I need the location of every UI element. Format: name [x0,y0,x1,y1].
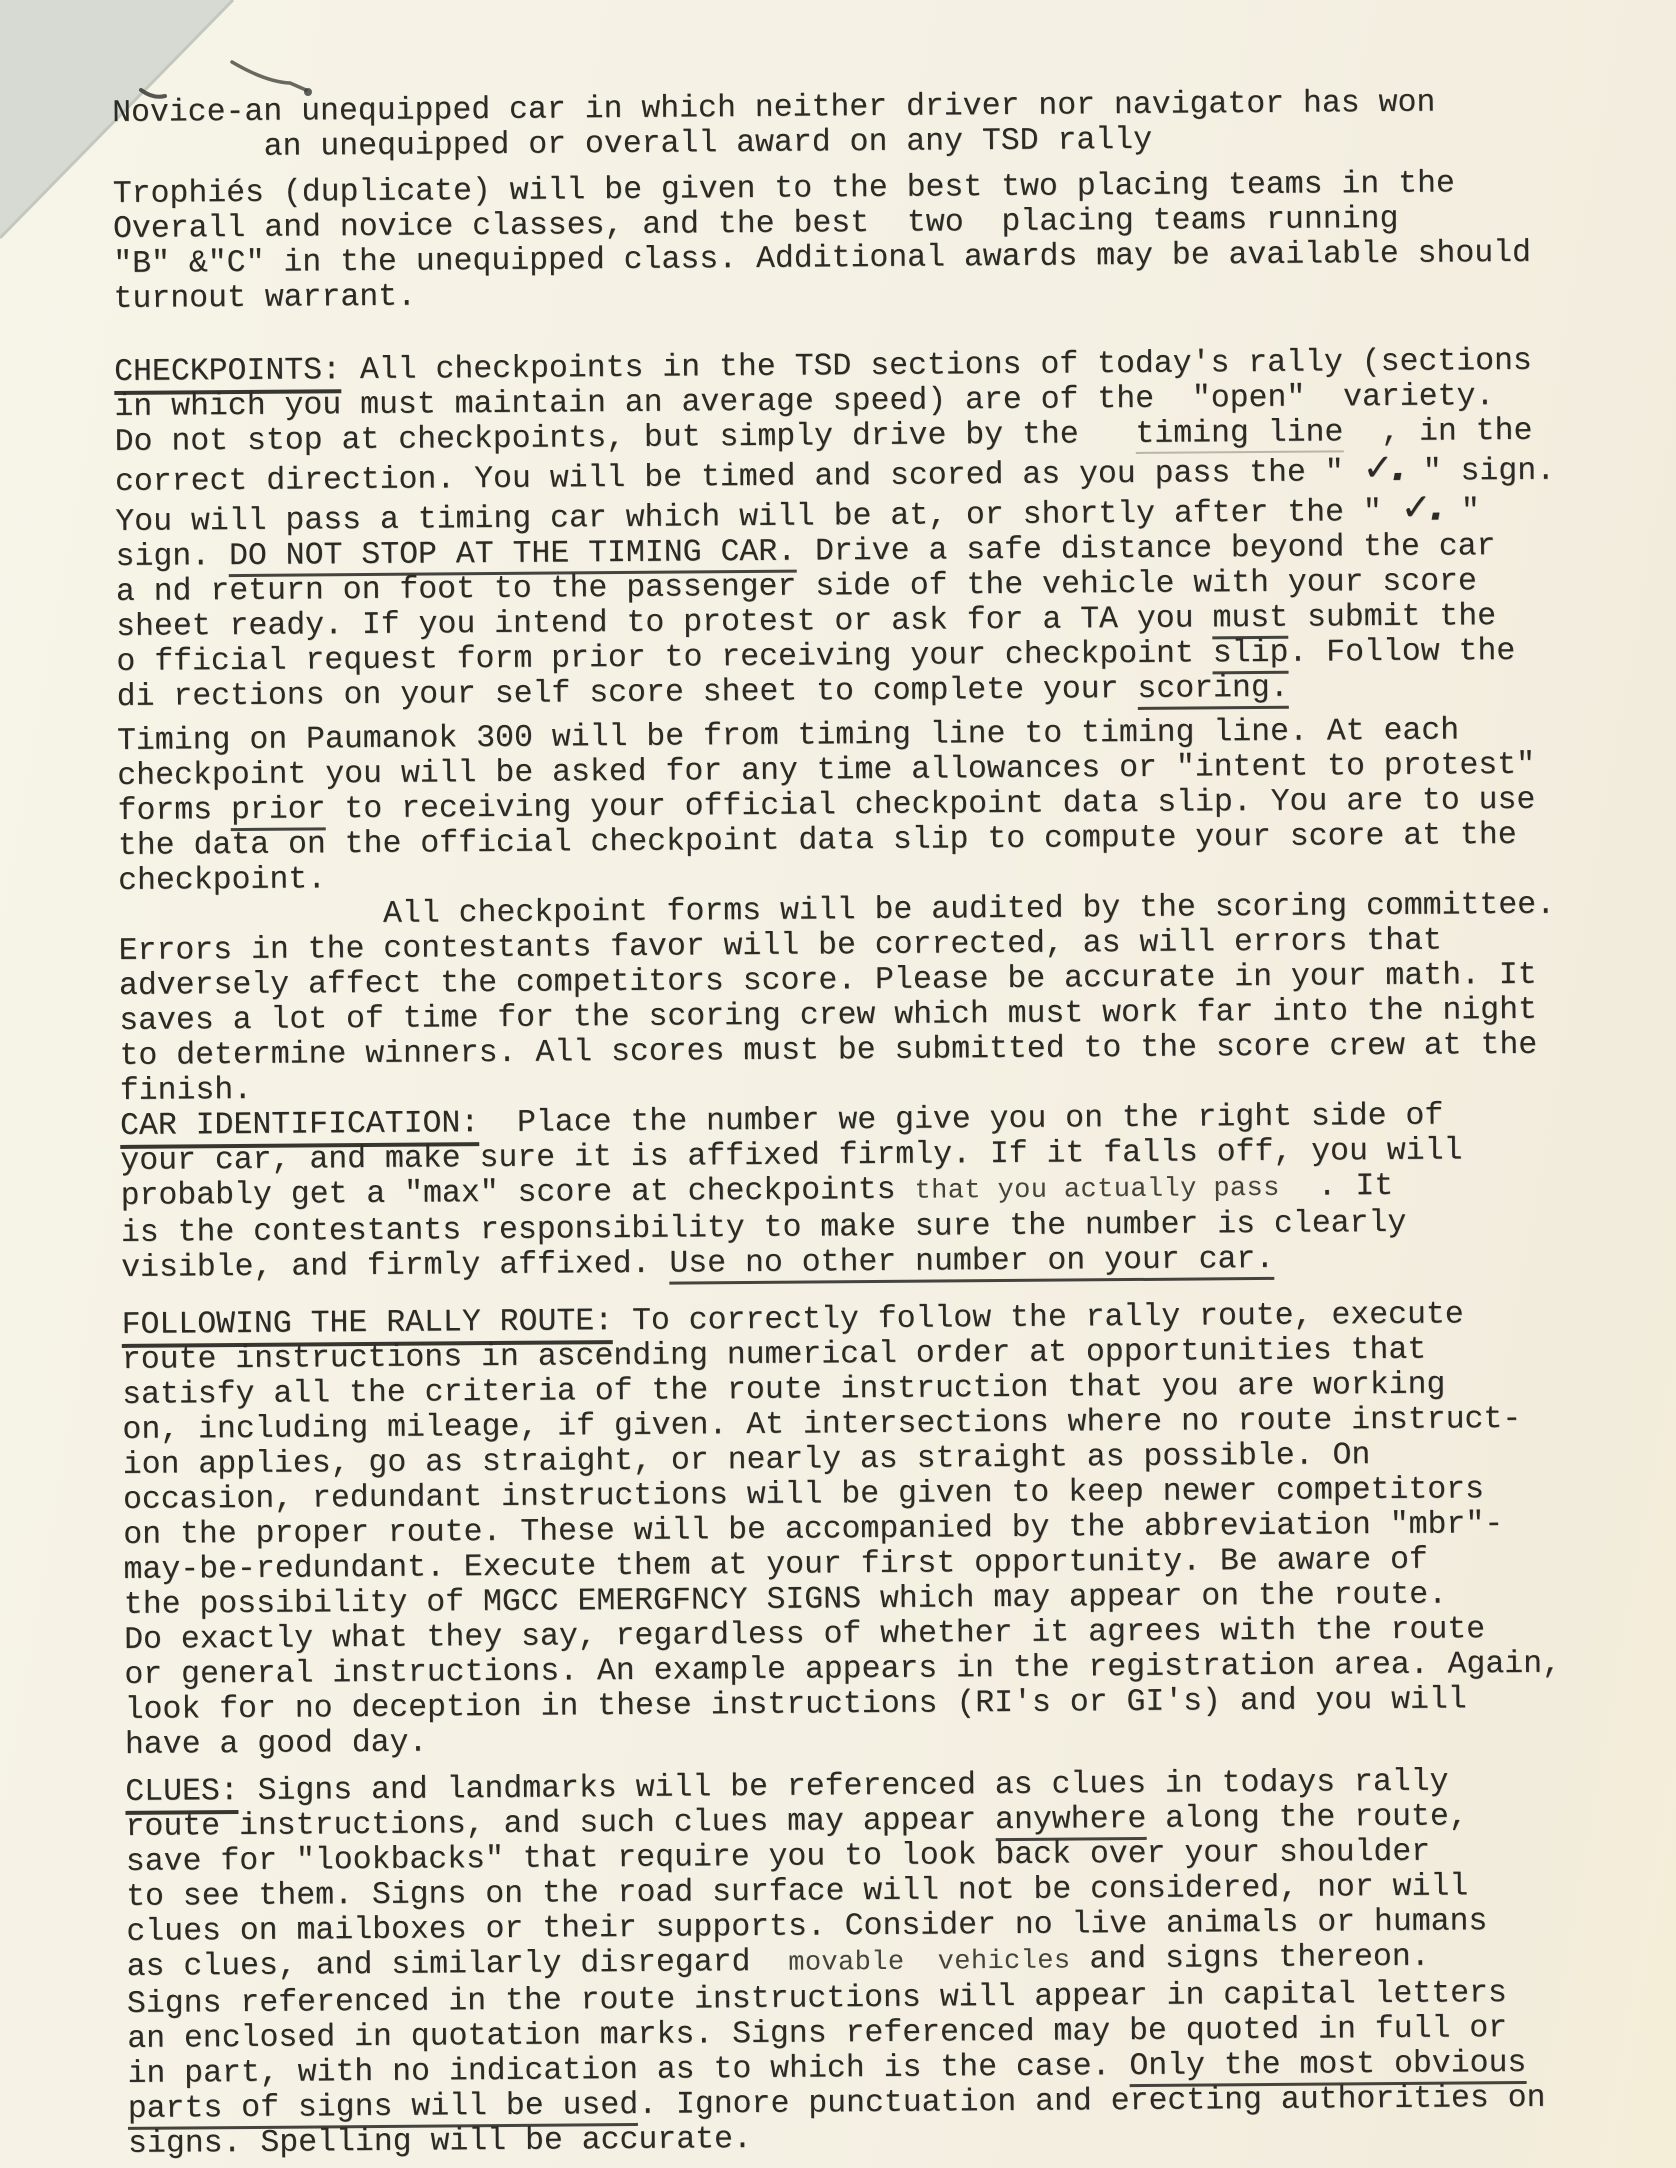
paragraph-trophies: Trophiés (duplicate) will be given to th… [113,165,1614,317]
handwritten-checkmark: ✓. [1362,446,1404,489]
handwritten-checkmark: ✓. [1401,486,1443,529]
paragraph-scoring: All checkpoint forms will be audited by … [118,887,1620,1109]
paragraph-clues: CLUES: Signs and landmarks will be refer… [125,1763,1628,2162]
paragraph-checkpoints: CHECKPOINTS: All checkpoints in the TSD … [114,343,1617,715]
paragraph-car-identification: CAR IDENTIFICATION: Place the number we … [120,1097,1621,1286]
paragraph-following-route: FOLLOWING THE RALLY ROUTE: To correctly … [122,1296,1626,1763]
document-body: Novice-an unequipped car in which neithe… [112,84,1628,2162]
paragraph-novice: Novice-an unequipped car in which neithe… [112,84,1613,166]
paragraph-timing: Timing on Paumanok 300 will be from timi… [117,712,1618,899]
scanned-page: Novice-an unequipped car in which neithe… [0,0,1676,2168]
